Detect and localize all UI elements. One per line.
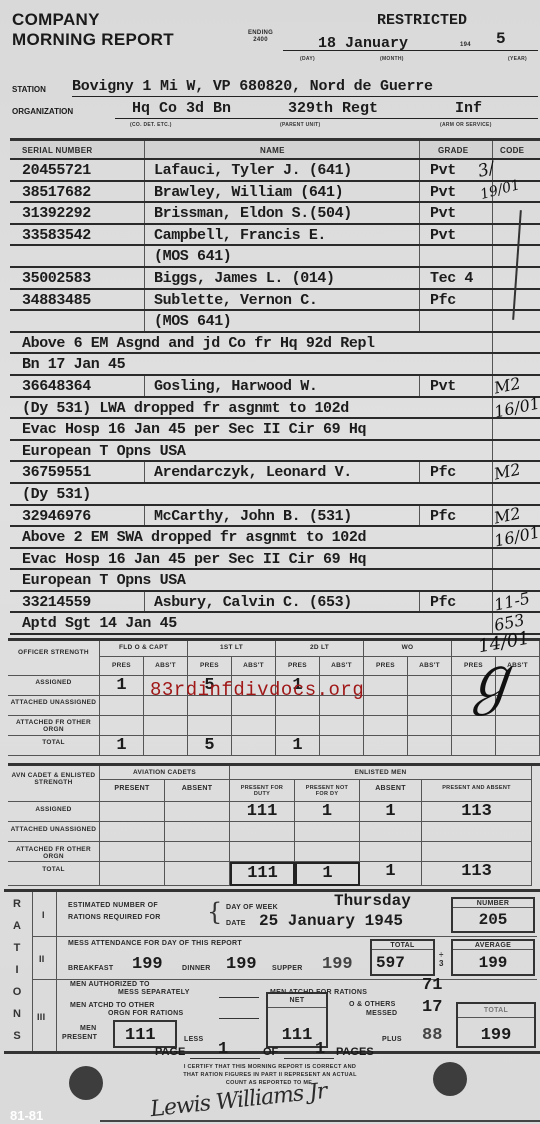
page-label: PAGE: [155, 1046, 185, 1058]
remark-text: European T Opns USA: [22, 443, 185, 460]
enlisted-col-header: PRESENT NOT FOR DY: [295, 780, 360, 802]
pages-blank: [284, 1058, 334, 1059]
header-code: CODE: [500, 146, 524, 155]
enlisted-title-cell: AVN CADET & ENLISTED STRENGTH: [8, 766, 100, 802]
rations-letter: S: [10, 1030, 24, 1052]
average-value: 199: [453, 954, 533, 972]
officer-value-cell: [452, 716, 496, 736]
ration-date-value: 25 January 1945: [259, 912, 403, 930]
table-row: 31392292Brissman, Eldon S.(504)Pvt: [10, 203, 540, 225]
enlisted-value: 113: [422, 862, 531, 881]
enlisted-strength-grid: AVN CADET & ENLISTED STRENGTHAVIATION CA…: [8, 763, 540, 889]
officer-value-cell: [364, 736, 408, 756]
officer-group-label: WO: [364, 644, 451, 651]
officer-subcol-label: ABS'T: [232, 662, 275, 669]
enlisted-group-label: ENLISTED MEN: [230, 769, 531, 776]
officer-row-label: ATTACHED FR OTHER ORGN: [8, 719, 99, 733]
remark-text: Above 2 EM SWA dropped fr asgnmt to 102d: [22, 529, 366, 546]
sublabel-month: (MONTH): [380, 56, 404, 62]
code-handwriting: 16/01: [493, 393, 540, 421]
table-row: Evac Hosp 16 Jan 45 per Sec II Cir 69 Hq: [10, 549, 540, 571]
table-row: (Dy 531): [10, 484, 540, 506]
officer-value-cell: [408, 676, 452, 696]
col-divider: [492, 268, 493, 288]
table-row: (MOS 641): [10, 311, 540, 333]
col-divider: [144, 141, 145, 158]
grade: Pfc: [430, 464, 456, 481]
enlisted-value: 113: [422, 802, 531, 821]
col-divider: [419, 506, 420, 526]
col-divider: [144, 246, 145, 266]
enlisted-value: 1: [297, 864, 358, 883]
remark-text: European T Opns USA: [22, 572, 185, 589]
officer-value-cell: [408, 736, 452, 756]
grade: Pfc: [430, 594, 456, 611]
serial-number: 36759551: [22, 464, 91, 481]
officer-row-label: ATTACHED UNASSIGNED: [8, 699, 99, 706]
officer-value-cell: 5: [188, 736, 232, 756]
serial-number: 20455721: [22, 162, 91, 179]
enlisted-col-label: ABSENT: [360, 785, 421, 792]
enlisted-value: 111: [232, 864, 293, 883]
serial-number: 33214559: [22, 594, 91, 611]
officer-value-cell: [144, 716, 188, 736]
enlisted-value-cell: 111: [230, 862, 295, 886]
officer-value: 1: [276, 736, 319, 755]
col-divider: [144, 376, 145, 396]
code-handwriting: M2: [492, 503, 522, 527]
officer-value-cell: [364, 716, 408, 736]
atchd-other-label-2: ORGN FOR RATIONS: [108, 1010, 183, 1017]
enlisted-value-cell: [422, 842, 532, 862]
col-divider: [419, 225, 420, 245]
atchd-rations-value: 71: [422, 976, 442, 995]
officer-row-label-cell: ATTACHED FR OTHER ORGN: [8, 716, 100, 736]
table-row: 32946976McCarthy, John B. (531)PfcM2: [10, 506, 540, 528]
code-handwriting: 11-5: [492, 588, 531, 614]
enlisted-row-label: ATTACHED UNASSIGNED: [8, 826, 99, 833]
average-label: AVERAGE: [453, 942, 533, 950]
ration-number: 205: [453, 911, 533, 929]
title-line-2: MORNING REPORT: [12, 30, 174, 50]
table-row: 33583542Campbell, Francis E.Pvt: [10, 225, 540, 247]
serial-number: 34883485: [22, 292, 91, 309]
table-row: 38517682Brawley, William (641)Pvt: [10, 182, 540, 204]
rations-side-label: RATIONS: [10, 898, 24, 1052]
table-row: 36648364Gosling, Harwood W.PvtM2: [10, 376, 540, 398]
officer-subcol-label: ABS'T: [408, 662, 451, 669]
col-divider: [492, 141, 493, 158]
col-divider: [492, 441, 493, 461]
serial-number: 36648364: [22, 378, 91, 395]
enlisted-row-label: ATTACHED FR OTHER ORGN: [8, 846, 99, 860]
remark-text: (Dy 531) LWA dropped fr asgnmt to 102d: [22, 400, 349, 417]
officer-value-cell: [320, 736, 364, 756]
officer-value-cell: 1: [100, 676, 144, 696]
officer-value-cell: [276, 716, 320, 736]
rations-letter: T: [10, 942, 24, 964]
sublabel-day: (DAY): [300, 56, 315, 62]
enlisted-value: 1: [360, 862, 421, 881]
rations-total-value: 199: [458, 1026, 534, 1045]
station-value: Bovigny 1 Mi W, VP 680820, Nord de Guerr…: [72, 78, 433, 95]
officer-value-cell: [364, 696, 408, 716]
enlisted-value-cell: [295, 842, 360, 862]
divider: [56, 892, 57, 1051]
serial-number: 31392292: [22, 205, 91, 222]
col-divider: [419, 141, 420, 158]
organization-label: ORGANIZATION: [12, 107, 73, 116]
code-handwriting: M2: [492, 460, 522, 484]
organization-parent-unit: 329th Regt: [288, 100, 378, 117]
officer-subcol-header: ABS'T: [232, 657, 276, 676]
enlisted-row-label-cell: ATTACHED UNASSIGNED: [8, 822, 100, 842]
enlisted-value-cell: [100, 802, 165, 822]
officer-subcol-label: PRES: [276, 662, 319, 669]
total-pages: 1: [315, 1040, 325, 1059]
soldier-name: Gosling, Harwood W.: [154, 378, 317, 395]
officer-subcol-label: PRES: [364, 662, 407, 669]
enlisted-value: 1: [295, 802, 359, 821]
table-row: Above 2 EM SWA dropped fr asgnmt to 102d…: [10, 527, 540, 549]
soldier-name: Brissman, Eldon S.(504): [154, 205, 352, 222]
attendance-total-box: TOTAL 597: [370, 939, 435, 976]
grade: Pvt: [430, 162, 456, 179]
remark-text: Aptd Sgt 14 Jan 45: [22, 615, 177, 632]
enlisted-col-label: PRESENT AND ABSENT: [422, 785, 531, 791]
officer-subcol-header: PRES: [100, 657, 144, 676]
rations-total-label: TOTAL: [458, 1007, 534, 1018]
atchd-rations-label: MEN ATCHD FOR RATIONS: [270, 989, 367, 996]
enlisted-value-cell: 1: [360, 862, 422, 886]
enlisted-value-cell: [165, 842, 230, 862]
year-prefix: 194: [460, 42, 471, 48]
year-suffix: 5: [496, 30, 506, 48]
attendance-total-label: TOTAL: [372, 942, 433, 950]
officer-subcol-label: ABS'T: [144, 662, 187, 669]
organization-underline: [115, 118, 538, 119]
remark-text: Evac Hosp 16 Jan 45 per Sec II Cir 69 Hq: [22, 551, 366, 568]
enlisted-col-header: ABSENT: [360, 780, 422, 802]
soldier-name: Sublette, Vernon C.: [154, 292, 317, 309]
organization-arm: Inf: [455, 100, 482, 117]
col-divider: [419, 462, 420, 482]
officer-value-cell: 1: [100, 736, 144, 756]
men-present-value: 111: [125, 1026, 156, 1045]
officer-subcol-header: PRES: [188, 657, 232, 676]
col-divider: [144, 268, 145, 288]
officers-label-1: O & OTHERS: [349, 1001, 396, 1008]
plus-value: 88: [422, 1026, 442, 1045]
officer-subcol-header: PRES: [364, 657, 408, 676]
auth-sep-label-1: MEN AUTHORIZED TO: [70, 981, 150, 988]
officer-value-cell: [100, 716, 144, 736]
officer-subcol-label: ABS'T: [320, 662, 363, 669]
officer-group-header: WO: [364, 641, 452, 657]
soldier-name: (MOS 641): [154, 313, 231, 330]
soldier-name: Brawley, William (641): [154, 184, 343, 201]
rations-letter: I: [10, 964, 24, 986]
officer-strength-title: OFFICER STRENGTH: [8, 649, 99, 656]
serial-number: 33583542: [22, 227, 91, 244]
attendance-total: 597: [376, 954, 405, 972]
page-number: 1: [218, 1040, 228, 1059]
estimated-rations-label-2: RATIONS REQUIRED FOR: [68, 914, 161, 921]
supper-count: 199: [322, 955, 353, 974]
code-handwriting: M2: [492, 373, 522, 397]
classification-stamp: RESTRICTED: [377, 12, 467, 29]
section-ii-numeral: II: [39, 954, 45, 964]
officer-value-cell: [408, 696, 452, 716]
station-label: STATION: [12, 85, 46, 94]
officer-value: 1: [100, 676, 143, 695]
punch-hole-right: [433, 1062, 467, 1096]
grade: Pfc: [430, 292, 456, 309]
soldier-name: Lafauci, Tyler J. (641): [154, 162, 352, 179]
officer-subcol-header: ABS'T: [408, 657, 452, 676]
bottom-rule: [100, 1120, 540, 1122]
header-name: NAME: [260, 146, 285, 155]
grade: Pvt: [430, 378, 456, 395]
table-row: Bn 17 Jan 45: [10, 354, 540, 376]
col-divider: [419, 290, 420, 310]
officer-group-label: FLD O & CAPT: [100, 644, 187, 651]
less-label: LESS: [184, 1036, 203, 1043]
enlisted-col-label: PRESENT NOT FOR DY: [295, 785, 359, 797]
col-divider: [492, 290, 493, 310]
officer-row-label: TOTAL: [8, 739, 99, 746]
officer-value-cell: [452, 736, 496, 756]
dinner-count: 199: [226, 955, 257, 974]
col-divider: [419, 376, 420, 396]
station-underline: [72, 96, 538, 97]
remark-text: (Dy 531): [22, 486, 91, 503]
enlisted-title: AVN CADET & ENLISTED STRENGTH: [8, 772, 99, 786]
date-underline: [283, 50, 538, 51]
col-divider: [492, 225, 493, 245]
col-divider: [144, 592, 145, 612]
rations-letter: R: [10, 898, 24, 920]
table-row: European T Opns USA: [10, 441, 540, 463]
rations-letter: N: [10, 1008, 24, 1030]
grade: Pfc: [430, 508, 456, 525]
supper-label: SUPPER: [272, 965, 303, 972]
soldier-name: Biggs, James L. (014): [154, 270, 335, 287]
col-divider: [419, 268, 420, 288]
sublabel-unit: (CO. DET. ETC.): [130, 122, 172, 128]
date-label: DATE: [226, 920, 246, 927]
enlisted-row-label-cell: TOTAL: [8, 862, 100, 886]
col-divider: [144, 225, 145, 245]
enlisted-col-header: ABSENT: [165, 780, 230, 802]
form-number: 81-81: [10, 1108, 43, 1123]
col-divider: [419, 203, 420, 223]
cadets-group-header: AVIATION CADETS: [100, 766, 230, 780]
col-divider: [144, 182, 145, 202]
plus-label: PLUS: [382, 1036, 402, 1043]
table-row: European T Opns USA: [10, 570, 540, 592]
men-present-label-1: MEN: [80, 1025, 96, 1032]
breakfast-label: BREAKFAST: [68, 965, 113, 972]
enlisted-col-label: PRESENT: [100, 785, 164, 792]
table-row: 35002583Biggs, James L. (014)Tec 4: [10, 268, 540, 290]
officer-row-label: ASSIGNED: [8, 679, 99, 686]
enlisted-col-label: PRESENT FOR DUTY: [230, 785, 294, 797]
men-present-box: 111: [113, 1020, 177, 1048]
enlisted-value-cell: [230, 822, 295, 842]
enlisted-value-cell: 111: [230, 802, 295, 822]
breakfast-count: 199: [132, 955, 163, 974]
remark-text: Bn 17 Jan 45: [22, 356, 125, 373]
col-divider: [144, 203, 145, 223]
col-divider: [492, 203, 493, 223]
enlisted-value-cell: [100, 842, 165, 862]
brace: {: [207, 898, 222, 926]
cert-line-2: THAT RATION FIGURES IN PART II REPRESENT…: [140, 1071, 400, 1079]
enlisted-value-cell: [100, 822, 165, 842]
enlisted-value-cell: [422, 822, 532, 842]
col-divider: [492, 419, 493, 439]
enlisted-value-cell: [360, 842, 422, 862]
officer-value: 5: [188, 736, 231, 755]
enlisted-row-label: ASSIGNED: [8, 806, 99, 813]
cadets-group-label: AVIATION CADETS: [100, 769, 229, 776]
enlisted-value-cell: 1: [295, 802, 360, 822]
ending-label-2: 2400: [248, 37, 273, 44]
col-divider: [144, 160, 145, 180]
enlisted-value: 1: [360, 802, 421, 821]
officer-strength-title-cell: OFFICER STRENGTH: [8, 641, 100, 676]
enlisted-col-label: ABSENT: [165, 785, 229, 792]
officer-value-cell: [320, 716, 364, 736]
enlisted-group-header: ENLISTED MEN: [230, 766, 532, 780]
col-divider: [144, 290, 145, 310]
table-row: (MOS 641): [10, 246, 540, 268]
day-of-week-value: Thursday: [334, 892, 411, 910]
officer-subcol-header: PRES: [276, 657, 320, 676]
grade: Pvt: [430, 205, 456, 222]
officer-value-cell: [232, 736, 276, 756]
officer-group-label: 1ST LT: [188, 644, 275, 651]
officer-row-label-cell: ASSIGNED: [8, 676, 100, 696]
header-serial-number: SERIAL NUMBER: [22, 146, 92, 155]
col-divider: [492, 354, 493, 374]
remark-text: Evac Hosp 16 Jan 45 per Sec II Cir 69 Hq: [22, 421, 366, 438]
officer-subcol-label: PRES: [100, 662, 143, 669]
officer-value-cell: [364, 676, 408, 696]
table-body: 20455721Lafauci, Tyler J. (641)Pvt385176…: [10, 160, 540, 635]
divider: [32, 979, 537, 980]
day-of-week-label: DAY OF WEEK: [226, 904, 278, 911]
col-divider: [144, 311, 145, 331]
col-divider: [144, 462, 145, 482]
enlisted-value-cell: 1: [295, 862, 360, 886]
certification-text: I CERTIFY THAT THIS MORNING REPORT IS CO…: [140, 1063, 400, 1087]
report-title: COMPANY MORNING REPORT: [12, 10, 174, 50]
auth-sep-label-2: MESS SEPARATELY: [118, 989, 190, 996]
rations-total-box: TOTAL 199: [456, 1002, 536, 1048]
officer-group-header: FLD O & CAPT: [100, 641, 188, 657]
divide-by-three: ÷ 3: [439, 950, 447, 968]
enlisted-value-cell: [165, 822, 230, 842]
officer-value-cell: [408, 716, 452, 736]
section-i-numeral: I: [42, 910, 45, 920]
pages-label: PAGES: [336, 1046, 374, 1058]
officer-value-cell: [496, 716, 540, 736]
remark-text: Above 6 EM Asgnd and jd Co fr Hq 92d Rep…: [22, 335, 375, 352]
estimated-rations-label-1: ESTIMATED NUMBER OF: [68, 902, 158, 909]
col-divider: [419, 246, 420, 266]
table-row: 20455721Lafauci, Tyler J. (641)Pvt: [10, 160, 540, 182]
enlisted-value-cell: [165, 802, 230, 822]
atchd-other-blank: [219, 1018, 259, 1019]
dinner-label: DINNER: [182, 965, 211, 972]
grade: Pvt: [430, 184, 456, 201]
average-box: AVERAGE 199: [451, 939, 535, 976]
table-row: 33214559Asbury, Calvin C. (653)Pfc11-5: [10, 592, 540, 614]
officer-value-cell: [496, 736, 540, 756]
morning-report-page: COMPANY MORNING REPORT RESTRICTED ENDING…: [0, 0, 540, 1124]
enlisted-value: 111: [230, 802, 294, 821]
officer-row-label-cell: TOTAL: [8, 736, 100, 756]
col-divider: [492, 246, 493, 266]
enlisted-value-cell: [295, 822, 360, 842]
col-divider: [419, 160, 420, 180]
col-divider: [419, 311, 420, 331]
grade: Pvt: [430, 227, 456, 244]
col-divider: [492, 549, 493, 569]
col-divider: [144, 506, 145, 526]
grade: Tec 4: [430, 270, 473, 287]
table-row: Aptd Sgt 14 Jan 45653: [10, 613, 540, 635]
number-label: NUMBER: [453, 900, 533, 908]
ending-label: ENDING 2400: [248, 30, 273, 44]
officer-row-label-cell: ATTACHED UNASSIGNED: [8, 696, 100, 716]
cert-line-1: I CERTIFY THAT THIS MORNING REPORT IS CO…: [140, 1063, 400, 1071]
code-handwriting: 16/01: [493, 523, 540, 551]
officer-subcol-header: ABS'T: [320, 657, 364, 676]
enlisted-row-label-cell: ASSIGNED: [8, 802, 100, 822]
punch-hole-left: [69, 1066, 103, 1100]
enlisted-row-label: TOTAL: [8, 866, 99, 873]
atchd-other-label-1: MEN ATCHD TO OTHER: [70, 1002, 155, 1009]
officer-value-cell: [144, 736, 188, 756]
enlisted-value-cell: [230, 842, 295, 862]
officers-label-2: MESSED: [366, 1010, 397, 1017]
handwritten-flourish: ℊ: [457, 647, 522, 712]
enlisted-value-cell: [165, 862, 230, 886]
sublabel-arm: (ARM OR SERVICE): [440, 122, 492, 128]
title-line-1: COMPANY: [12, 10, 174, 30]
officer-value-cell: [188, 716, 232, 736]
header-grade: GRADE: [438, 146, 468, 155]
watermark: 83rdinfdivdocs.org: [150, 679, 364, 701]
auth-sep-blank: [219, 997, 259, 998]
of-label: OF: [263, 1046, 278, 1058]
soldier-name: (MOS 641): [154, 248, 231, 265]
men-present-label-2: PRESENT: [62, 1034, 97, 1041]
organization-unit: Hq Co 3d Bn: [132, 100, 231, 117]
officer-value-cell: [232, 716, 276, 736]
col-divider: [492, 311, 493, 331]
personnel-table: SERIAL NUMBER NAME GRADE CODE 20455721La…: [10, 138, 540, 635]
officer-value: 1: [100, 736, 143, 755]
enlisted-value-cell: 113: [422, 862, 532, 886]
enlisted-value-cell: 1: [360, 802, 422, 822]
enlisted-col-header: PRESENT AND ABSENT: [422, 780, 532, 802]
enlisted-value-cell: [100, 862, 165, 886]
table-row: 36759551Arendarczyk, Leonard V.PfcM2: [10, 462, 540, 484]
